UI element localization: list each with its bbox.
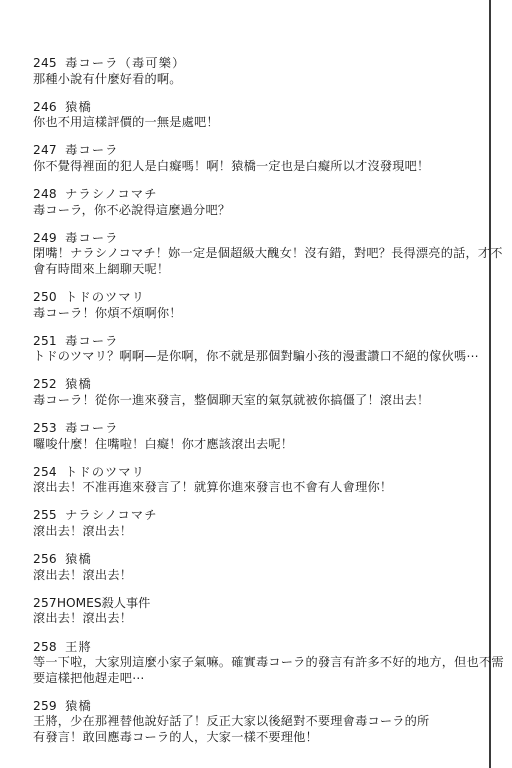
post-number: 246 [33, 100, 61, 116]
post-number: 245 [33, 56, 61, 72]
post-number: 252 [33, 377, 61, 393]
post-text: 毒コーラ，你不必說得這麼過分吧？ [33, 203, 473, 219]
poster-name: トドのツマリ [65, 290, 145, 304]
post-text: 毒コーラ！你煩不煩啊你！ [33, 306, 473, 322]
post-text: 滾出去！不准再進來發言了！就算你進來發言也不會有人會理你！ [33, 480, 473, 496]
post-text: 滾出去！滾出去！ [33, 524, 473, 540]
poster-name: HOMES殺人事件 [57, 596, 150, 610]
page-edge-line [489, 0, 491, 768]
chat-entry: 253 毒コーラ 囉唆什麼！住嘴啦！白癡！你才應該滾出去呢！ [33, 421, 473, 452]
post-number: 248 [33, 187, 61, 203]
poster-name: 猿橋 [65, 699, 92, 713]
post-text: 那種小說有什麼好看的啊。 [33, 72, 473, 88]
post-text: 會有時間來上網聊天呢！ [33, 262, 473, 278]
poster-name: 毒コーラ（毒可樂） [65, 56, 186, 70]
chat-entry: 249 毒コーラ 閉嘴！ナラシノコマチ！妳一定是個超級大醜女！沒有錯，對吧？長得… [33, 231, 473, 278]
poster-name: 毒コーラ [65, 231, 119, 245]
post-text: 你也不用這樣評價的一無是處吧！ [33, 115, 473, 131]
chat-entry: 258 王將 等一下啦，大家別這麼小家子氣嘛。確實毒コーラ的發言有許多不好的地方… [33, 640, 473, 687]
chat-entry: 247 毒コーラ 你不覺得裡面的犯人是白癡嗎！啊！猿橋一定也是白癡所以才沒發現吧… [33, 143, 473, 174]
post-number: 257 [33, 596, 57, 612]
post-number: 250 [33, 290, 61, 306]
chat-entry: 246 猿橋 你也不用這樣評價的一無是處吧！ [33, 100, 473, 131]
post-number: 251 [33, 334, 61, 350]
post-text: 囉唆什麼！住嘴啦！白癡！你才應該滾出去呢！ [33, 437, 473, 453]
chat-entry: 245 毒コーラ（毒可樂） 那種小說有什麼好看的啊。 [33, 56, 473, 87]
post-text: 毒コーラ！從你一進來發言，整個聊天室的氣氛就被你搞僵了！滾出去！ [33, 393, 473, 409]
post-number: 253 [33, 421, 61, 437]
chat-entry: 259 猿橋 王將，少在那裡替他說好話了！反正大家以後絕對不要理會毒コーラ的所 … [33, 699, 473, 746]
chat-entry: 248 ナラシノコマチ 毒コーラ，你不必說得這麼過分吧？ [33, 187, 473, 218]
poster-name: 毒コーラ [65, 143, 119, 157]
post-text: 要這樣把他趕走吧⋯ [33, 671, 473, 687]
post-text: 滾出去！滾出去！ [33, 568, 473, 584]
post-number: 256 [33, 552, 61, 568]
chat-log: 245 毒コーラ（毒可樂） 那種小說有什麼好看的啊。 246 猿橋 你也不用這樣… [33, 56, 473, 758]
poster-name: トドのツマリ [65, 465, 145, 479]
poster-name: ナラシノコマチ [65, 508, 158, 522]
post-text: 王將，少在那裡替他說好話了！反正大家以後絕對不要理會毒コーラ的所 [33, 714, 473, 730]
post-text: トドのツマリ？啊啊—是你啊，你不就是那個對騙小孩的漫畫讚口不絕的傢伙嗎⋯ [33, 349, 473, 365]
post-text: 有發言！敢回應毒コーラ的人，大家一樣不要理他！ [33, 730, 473, 746]
poster-name: ナラシノコマチ [65, 187, 158, 201]
poster-name: 猿橋 [65, 100, 92, 114]
chat-entry: 251 毒コーラ トドのツマリ？啊啊—是你啊，你不就是那個對騙小孩的漫畫讚口不絕… [33, 334, 473, 365]
chat-entry: 256 猿橋 滾出去！滾出去！ [33, 552, 473, 583]
chat-entry: 254 トドのツマリ 滾出去！不准再進來發言了！就算你進來發言也不會有人會理你！ [33, 465, 473, 496]
chat-entry: 257HOMES殺人事件 滾出去！滾出去！ [33, 596, 473, 627]
poster-name: 毒コーラ [65, 334, 119, 348]
post-number: 254 [33, 465, 61, 481]
poster-name: 猿橋 [65, 552, 92, 566]
poster-name: 猿橋 [65, 377, 92, 391]
post-text: 滾出去！滾出去！ [33, 611, 473, 627]
post-number: 258 [33, 640, 61, 656]
post-text: 閉嘴！ナラシノコマチ！妳一定是個超級大醜女！沒有錯，對吧？長得漂亮的話，才不 [33, 246, 473, 262]
poster-name: 毒コーラ [65, 421, 119, 435]
chat-entry: 250 トドのツマリ 毒コーラ！你煩不煩啊你！ [33, 290, 473, 321]
post-number: 259 [33, 699, 61, 715]
poster-name: 王將 [65, 640, 92, 654]
post-number: 255 [33, 508, 61, 524]
chat-entry: 252 猿橋 毒コーラ！從你一進來發言，整個聊天室的氣氛就被你搞僵了！滾出去！ [33, 377, 473, 408]
post-number: 247 [33, 143, 61, 159]
post-text: 等一下啦，大家別這麼小家子氣嘛。確實毒コーラ的發言有許多不好的地方，但也不需 [33, 655, 473, 671]
post-number: 249 [33, 231, 61, 247]
chat-entry: 255 ナラシノコマチ 滾出去！滾出去！ [33, 508, 473, 539]
post-text: 你不覺得裡面的犯人是白癡嗎！啊！猿橋一定也是白癡所以才沒發現吧！ [33, 159, 473, 175]
